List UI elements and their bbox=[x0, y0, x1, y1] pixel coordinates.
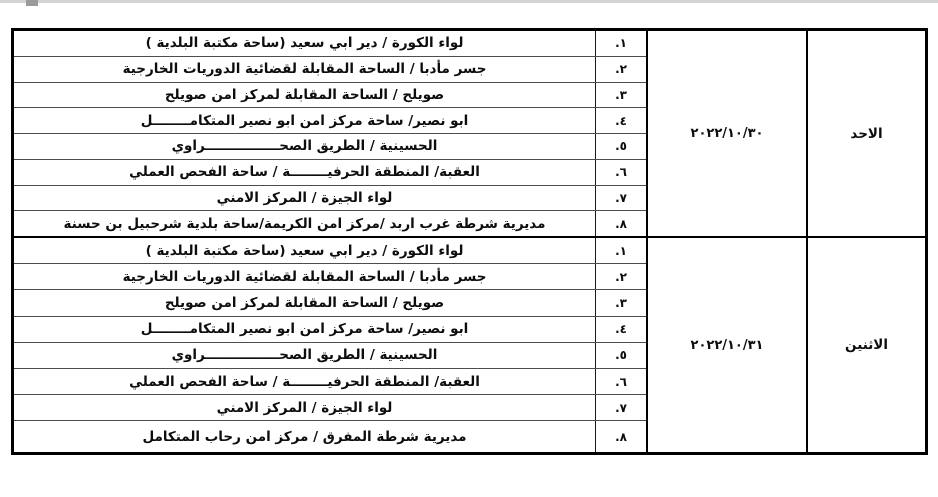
row-number: .٣ bbox=[615, 88, 627, 102]
location-cell: ابو نصير/ ساحة مركز امن ابو نصير المتكام… bbox=[14, 108, 595, 133]
patrol-locations-schedule-table: الاحد ٢٠٢٢/١٠/٣٠ .١ لواء الكورة / دير اب… bbox=[11, 28, 928, 455]
table-row: .٦ العقبة/ المنطقة الحرفيــــــــة / ساح… bbox=[14, 159, 646, 185]
table-row: .١ لواء الكورة / دير ابي سعيد (ساحة مكتب… bbox=[14, 238, 646, 263]
location-cell: الحسينية / الطريق الصحــــــــــــــــرا… bbox=[14, 134, 595, 159]
row-number: .٦ bbox=[615, 375, 627, 389]
row-number-cell: .١ bbox=[595, 31, 646, 56]
row-number-cell: .٥ bbox=[595, 134, 646, 159]
row-number: .١ bbox=[615, 36, 627, 50]
day-cell: الاثنين bbox=[806, 238, 925, 452]
schedule-group-sunday: الاحد ٢٠٢٢/١٠/٣٠ .١ لواء الكورة / دير اب… bbox=[14, 31, 925, 236]
location-label: الحسينية / الطريق الصحــــــــــــــــرا… bbox=[172, 347, 438, 363]
location-label: لواء الجيزة / المركز الامني bbox=[217, 400, 393, 416]
row-number: .٧ bbox=[615, 191, 627, 205]
table-row: .٣ صويلح / الساحة المقابلة لمركز امن صوي… bbox=[14, 82, 646, 108]
location-label: الحسينية / الطريق الصحــــــــــــــــرا… bbox=[172, 138, 438, 154]
row-number-cell: .٨ bbox=[595, 421, 646, 452]
row-number-cell: .٣ bbox=[595, 83, 646, 108]
table-row: .١ لواء الكورة / دير ابي سعيد (ساحة مكتب… bbox=[14, 31, 646, 56]
row-number: .٤ bbox=[615, 114, 627, 128]
table-row: .٤ ابو نصير/ ساحة مركز امن ابو نصير المت… bbox=[14, 107, 646, 133]
location-label: جسر مأدبا / الساحة المقابلة لقضائية الدو… bbox=[123, 269, 487, 285]
location-label: صويلح / الساحة المقابلة لمركز امن صويلح bbox=[165, 87, 444, 103]
row-number-cell: .٧ bbox=[595, 395, 646, 420]
schedule-group-monday: الاثنين ٢٠٢٢/١٠/٣١ .١ لواء الكورة / دير … bbox=[14, 236, 925, 452]
scan-artifact-top-band bbox=[0, 0, 938, 3]
row-number-cell: .٢ bbox=[595, 57, 646, 82]
scanned-document-page: الاحد ٢٠٢٢/١٠/٣٠ .١ لواء الكورة / دير اب… bbox=[0, 0, 938, 497]
row-number-cell: .٦ bbox=[595, 160, 646, 185]
scan-artifact-mark bbox=[26, 0, 38, 6]
row-number-cell: .٧ bbox=[595, 186, 646, 211]
location-cell: مديرية شرطة المفرق / مركز امن رحاب المتك… bbox=[14, 421, 595, 452]
table-row: .٧ لواء الجيزة / المركز الامني bbox=[14, 185, 646, 211]
row-number-cell: .٥ bbox=[595, 343, 646, 368]
location-cell: صويلح / الساحة المقابلة لمركز امن صويلح bbox=[14, 290, 595, 315]
location-label: جسر مأدبا / الساحة المقابلة لقضائية الدو… bbox=[123, 61, 487, 77]
location-cell: جسر مأدبا / الساحة المقابلة لقضائية الدو… bbox=[14, 264, 595, 289]
row-number-cell: .٤ bbox=[595, 317, 646, 342]
row-number-cell: .٢ bbox=[595, 264, 646, 289]
location-label: مديرية شرطة المفرق / مركز امن رحاب المتك… bbox=[142, 429, 466, 445]
table-row: .٨ مديرية شرطة غرب اربد /مركز امن الكريم… bbox=[14, 210, 646, 236]
location-cell: لواء الجيزة / المركز الامني bbox=[14, 186, 595, 211]
location-cell: العقبة/ المنطقة الحرفيــــــــة / ساحة ا… bbox=[14, 160, 595, 185]
row-number-cell: .١ bbox=[595, 238, 646, 263]
table-row: .٦ العقبة/ المنطقة الحرفيــــــــة / ساح… bbox=[14, 368, 646, 394]
location-cell: لواء الكورة / دير ابي سعيد (ساحة مكتبة ا… bbox=[14, 31, 595, 56]
day-cell: الاحد bbox=[806, 31, 925, 236]
location-cell: الحسينية / الطريق الصحــــــــــــــــرا… bbox=[14, 343, 595, 368]
date-label: ٢٠٢٢/١٠/٣١ bbox=[691, 338, 764, 353]
location-label: العقبة/ المنطقة الحرفيــــــــة / ساحة ا… bbox=[129, 164, 480, 180]
table-row: .٥ الحسينية / الطريق الصحـــــــــــــــ… bbox=[14, 133, 646, 159]
location-cell: جسر مأدبا / الساحة المقابلة لقضائية الدو… bbox=[14, 57, 595, 82]
row-number: .٧ bbox=[615, 401, 627, 415]
table-row: .٢ جسر مأدبا / الساحة المقابلة لقضائية ا… bbox=[14, 56, 646, 82]
row-number-cell: .٤ bbox=[595, 108, 646, 133]
location-rows: .١ لواء الكورة / دير ابي سعيد (ساحة مكتب… bbox=[14, 238, 646, 452]
location-cell: صويلح / الساحة المقابلة لمركز امن صويلح bbox=[14, 83, 595, 108]
location-cell: ابو نصير/ ساحة مركز امن ابو نصير المتكام… bbox=[14, 317, 595, 342]
date-cell: ٢٠٢٢/١٠/٣٠ bbox=[646, 31, 806, 236]
row-number: .٤ bbox=[615, 322, 627, 336]
location-cell: العقبة/ المنطقة الحرفيــــــــة / ساحة ا… bbox=[14, 369, 595, 394]
row-number-cell: .٣ bbox=[595, 290, 646, 315]
location-label: ابو نصير/ ساحة مركز امن ابو نصير المتكام… bbox=[141, 113, 469, 129]
row-number: .٨ bbox=[615, 430, 627, 444]
table-row: .٥ الحسينية / الطريق الصحـــــــــــــــ… bbox=[14, 342, 646, 368]
row-number-cell: .٦ bbox=[595, 369, 646, 394]
row-number: .٥ bbox=[615, 348, 627, 362]
row-number: .٨ bbox=[615, 217, 627, 231]
location-rows: .١ لواء الكورة / دير ابي سعيد (ساحة مكتب… bbox=[14, 31, 646, 236]
location-label: لواء الجيزة / المركز الامني bbox=[217, 190, 393, 206]
location-label: العقبة/ المنطقة الحرفيــــــــة / ساحة ا… bbox=[129, 374, 480, 390]
location-label: صويلح / الساحة المقابلة لمركز امن صويلح bbox=[165, 295, 444, 311]
location-label: مديرية شرطة غرب اربد /مركز امن الكريمة/س… bbox=[64, 216, 546, 232]
table-row: .٨ مديرية شرطة المفرق / مركز امن رحاب ال… bbox=[14, 420, 646, 452]
table-row: .٢ جسر مأدبا / الساحة المقابلة لقضائية ا… bbox=[14, 263, 646, 289]
row-number-cell: .٨ bbox=[595, 211, 646, 236]
date-cell: ٢٠٢٢/١٠/٣١ bbox=[646, 238, 806, 452]
table-row: .٣ صويلح / الساحة المقابلة لمركز امن صوي… bbox=[14, 289, 646, 315]
location-cell: لواء الجيزة / المركز الامني bbox=[14, 395, 595, 420]
row-number: .٢ bbox=[615, 62, 627, 76]
location-label: لواء الكورة / دير ابي سعيد (ساحة مكتبة ا… bbox=[146, 243, 464, 259]
day-label: الاثنين bbox=[845, 337, 888, 353]
row-number: .٣ bbox=[615, 296, 627, 310]
row-number: .٢ bbox=[615, 270, 627, 284]
date-label: ٢٠٢٢/١٠/٣٠ bbox=[691, 126, 764, 141]
row-number: .١ bbox=[615, 244, 627, 258]
row-number: .٦ bbox=[615, 165, 627, 179]
location-label: ابو نصير/ ساحة مركز امن ابو نصير المتكام… bbox=[141, 321, 469, 337]
table-row: .٤ ابو نصير/ ساحة مركز امن ابو نصير المت… bbox=[14, 316, 646, 342]
location-label: لواء الكورة / دير ابي سعيد (ساحة مكتبة ا… bbox=[146, 35, 464, 51]
location-cell: لواء الكورة / دير ابي سعيد (ساحة مكتبة ا… bbox=[14, 238, 595, 263]
location-cell: مديرية شرطة غرب اربد /مركز امن الكريمة/س… bbox=[14, 211, 595, 236]
day-label: الاحد bbox=[850, 126, 882, 142]
row-number: .٥ bbox=[615, 139, 627, 153]
table-row: .٧ لواء الجيزة / المركز الامني bbox=[14, 394, 646, 420]
